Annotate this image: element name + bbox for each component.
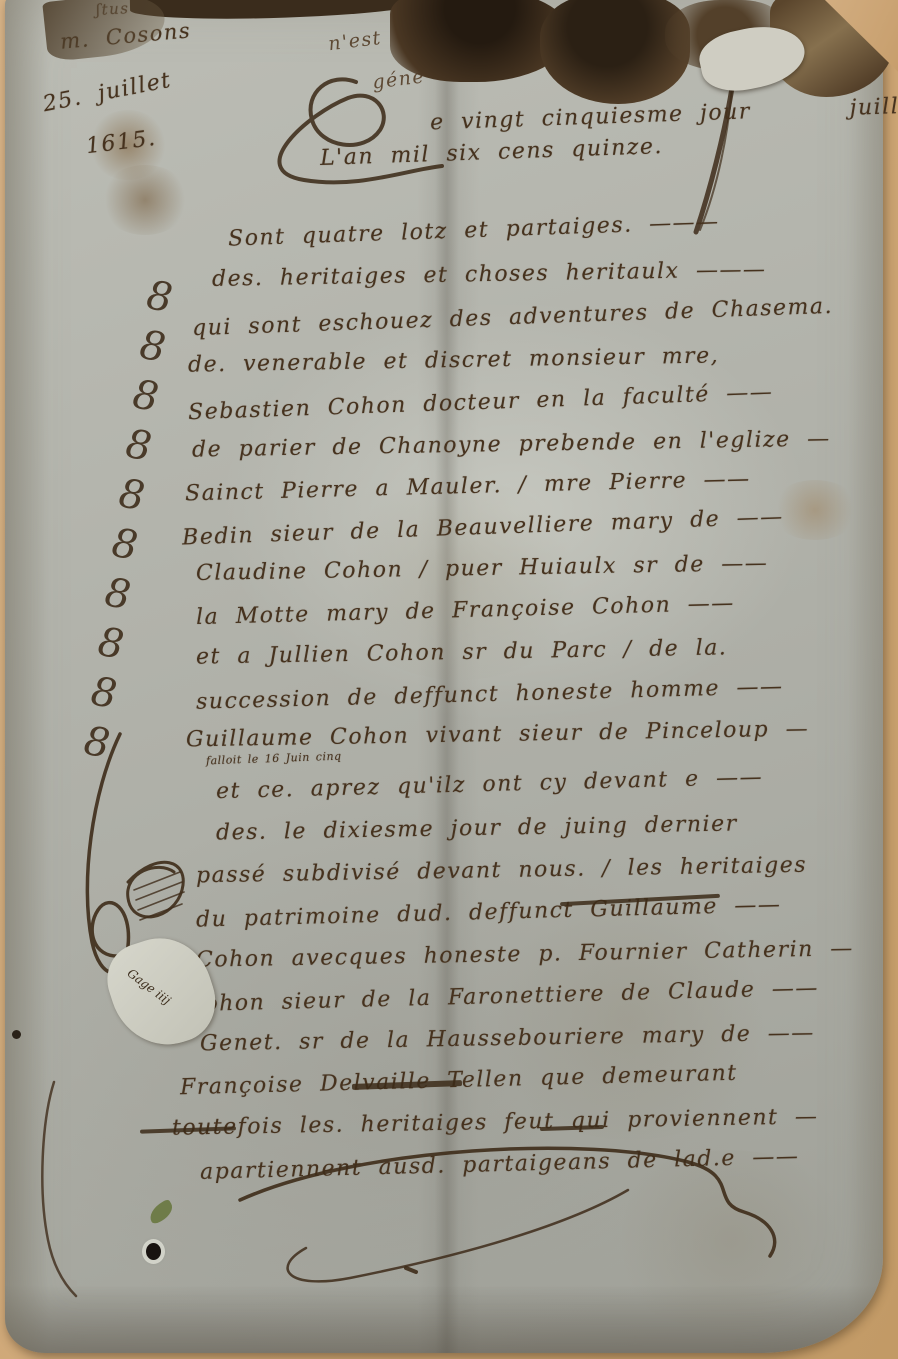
worm-hole: [146, 1243, 161, 1260]
photo-backdrop: ʃtus m. Cosons 25. juillet 1615. n'est u…: [0, 0, 898, 1359]
scrap-note: Gage iiij: [125, 966, 174, 1008]
worm-hole: [12, 1030, 21, 1039]
margin-fragment: ʃtus: [96, 0, 130, 19]
vertical-crease: [435, 0, 459, 1353]
